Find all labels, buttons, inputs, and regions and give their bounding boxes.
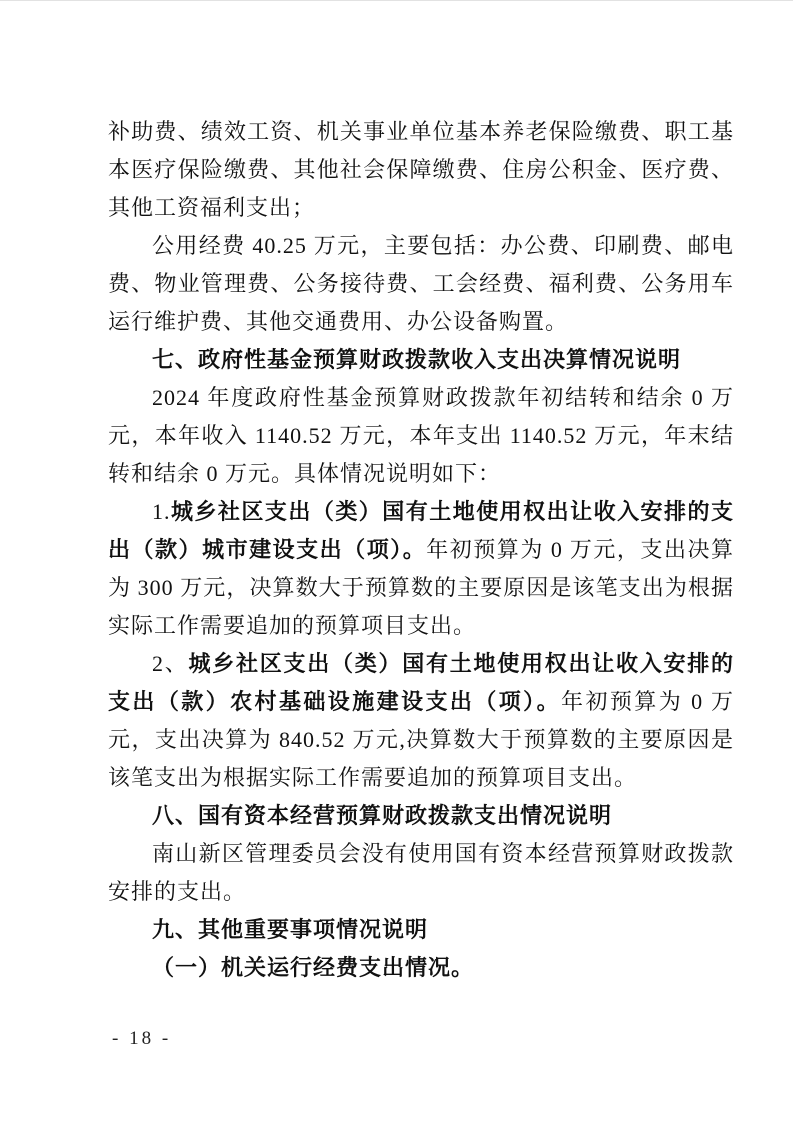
paragraph-fund-summary: 2024 年度政府性基金预算财政拨款年初结转和结余 0 万元，本年收入 1140…: [108, 379, 734, 493]
item-2-paragraph: 2、城乡社区支出（类）国有土地使用权出让收入安排的支出（款）农村基础设施建设支出…: [108, 645, 734, 797]
section8-heading: 八、国有资本经营预算财政拨款支出情况说明: [108, 797, 734, 835]
page-number: - 18 -: [112, 1027, 171, 1051]
item-2-number: 2、: [152, 651, 189, 676]
section7-heading: 七、政府性基金预算财政拨款收入支出决算情况说明: [108, 341, 734, 379]
item-1-number: 1.: [152, 499, 171, 524]
section9-sub1-heading: （一）机关运行经费支出情况。: [108, 949, 734, 987]
document-page: 补助费、绩效工资、机关事业单位基本养老保险缴费、职工基本医疗保险缴费、其他社会保…: [0, 0, 793, 1122]
document-body: 补助费、绩效工资、机关事业单位基本养老保险缴费、职工基本医疗保险缴费、其他社会保…: [108, 113, 734, 987]
section9-heading: 九、其他重要事项情况说明: [108, 911, 734, 949]
item-1-paragraph: 1.城乡社区支出（类）国有土地使用权出让收入安排的支出（款）城市建设支出（项）。…: [108, 493, 734, 645]
paragraph-section8-body: 南山新区管理委员会没有使用国有资本经营预算财政拨款安排的支出。: [108, 835, 734, 911]
paragraph-wages-continuation: 补助费、绩效工资、机关事业单位基本养老保险缴费、职工基本医疗保险缴费、其他社会保…: [108, 113, 734, 227]
paragraph-public-expense: 公用经费 40.25 万元，主要包括：办公费、印刷费、邮电费、物业管理费、公务接…: [108, 227, 734, 341]
